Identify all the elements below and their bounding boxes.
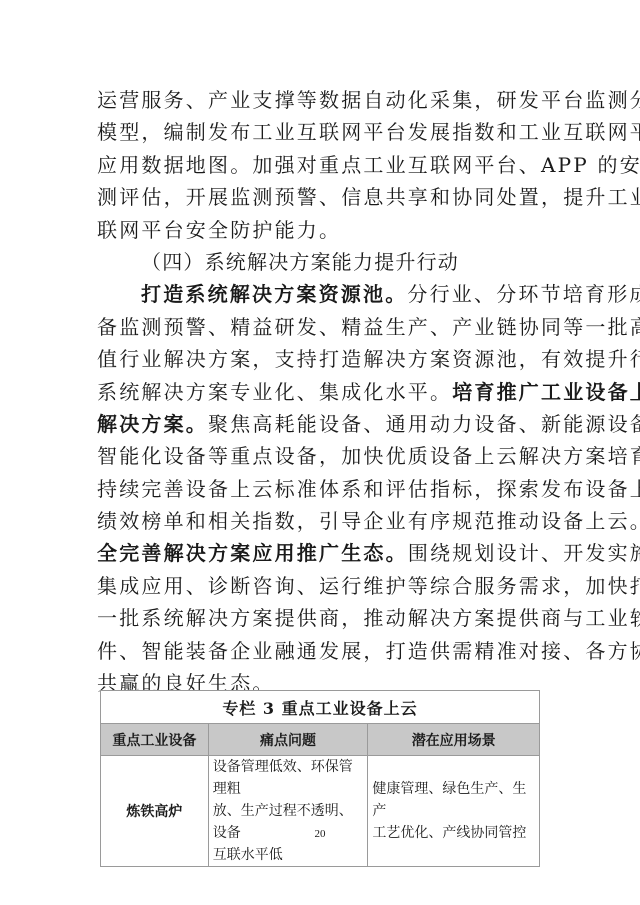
cell-line: 设备管理低效、环保管理粗 (213, 756, 364, 800)
cell-line: 互联水平低 (213, 844, 364, 866)
text-span: 围绕规划设计、开发实施、 (408, 541, 640, 565)
paragraph-line: 集成应用、诊断咨询、运行维护等综合服务需求，加快打造 (97, 570, 543, 602)
header-scenarios: 潜在应用场景 (368, 724, 540, 756)
header-equipment: 重点工业设备 (101, 724, 209, 756)
text-line: 运营服务、产业支撑等数据自动化采集，研发平台监测分析 (97, 84, 543, 116)
paragraph-line: 智能化设备等重点设备，加快优质设备上云解决方案培育， (97, 440, 543, 472)
cell-line: 健康管理、绿色生产、生产 (372, 778, 535, 822)
paragraph-line: 全完善解决方案应用推广生态。围绕规划设计、开发实施、 (97, 537, 543, 569)
bold-lead-phrase: 培育推广工业设备上云 (452, 380, 640, 404)
document-body: 运营服务、产业支撑等数据自动化采集，研发平台监测分析 模型，编制发布工业互联网平… (97, 84, 543, 699)
column-box-table: 专栏 3 重点工业设备上云 重点工业设备 痛点问题 潜在应用场景 炼铁高炉 设备… (100, 690, 540, 867)
table-header-row: 重点工业设备 痛点问题 潜在应用场景 (101, 724, 540, 756)
cell-equipment: 炼铁高炉 (101, 756, 209, 867)
paragraph-line: 备监测预警、精益研发、精益生产、产业链协同等一批高价 (97, 311, 543, 343)
header-pain-points: 痛点问题 (208, 724, 368, 756)
text-line: 测评估，开展监测预警、信息共享和协同处置，提升工业互 (97, 181, 543, 213)
bold-lead-phrase: 解决方案。 (97, 412, 208, 436)
paragraph-line: 值行业解决方案，支持打造解决方案资源池，有效提升行业 (97, 343, 543, 375)
cell-scenarios: 健康管理、绿色生产、生产 工艺优化、产线协同管控 (368, 756, 540, 867)
bold-lead-phrase: 打造系统解决方案资源池。 (141, 282, 407, 306)
text-line: 应用数据地图。加强对重点工业互联网平台、APP 的安全检 (97, 149, 543, 181)
table-title-row: 专栏 3 重点工业设备上云 (101, 691, 540, 724)
paragraph-line: 绩效榜单和相关指数，引导企业有序规范推动设备上云。健 (97, 505, 543, 537)
text-line: 模型，编制发布工业互联网平台发展指数和工业互联网平台 (97, 116, 543, 148)
paragraph-line: 持续完善设备上云标准体系和评估指标，探索发布设备上云 (97, 473, 543, 505)
text-span: 聚焦高耗能设备、通用动力设备、新能源设备、 (208, 412, 640, 436)
paragraph-line: 一批系统解决方案提供商，推动解决方案提供商与工业软 (97, 602, 543, 634)
table-title: 专栏 3 重点工业设备上云 (101, 691, 540, 724)
page-number: 20 (0, 828, 640, 840)
text-span: 系统解决方案专业化、集成化水平。 (97, 380, 452, 404)
section-heading: （四）系统解决方案能力提升行动 (97, 246, 543, 278)
paragraph-line: 件、智能装备企业融通发展，打造供需精准对接、各方协同 (97, 635, 543, 667)
paragraph-line: 打造系统解决方案资源池。分行业、分环节培育形成设 (97, 278, 543, 310)
table-row: 炼铁高炉 设备管理低效、环保管理粗 放、生产过程不透明、设备 互联水平低 健康管… (101, 756, 540, 867)
text-span: 绩效榜单和相关指数，引导企业有序规范推动设备上云。 (97, 509, 640, 533)
paragraph-line: 系统解决方案专业化、集成化水平。培育推广工业设备上云 (97, 376, 543, 408)
paragraph-line: 解决方案。聚焦高耗能设备、通用动力设备、新能源设备、 (97, 408, 543, 440)
cell-pain-points: 设备管理低效、环保管理粗 放、生产过程不透明、设备 互联水平低 (208, 756, 368, 867)
text-line: 联网平台安全防护能力。 (97, 214, 543, 246)
bold-lead-phrase: 全完善解决方案应用推广生态。 (97, 541, 408, 565)
text-span: 分行业、分环节培育形成设 (407, 282, 640, 306)
